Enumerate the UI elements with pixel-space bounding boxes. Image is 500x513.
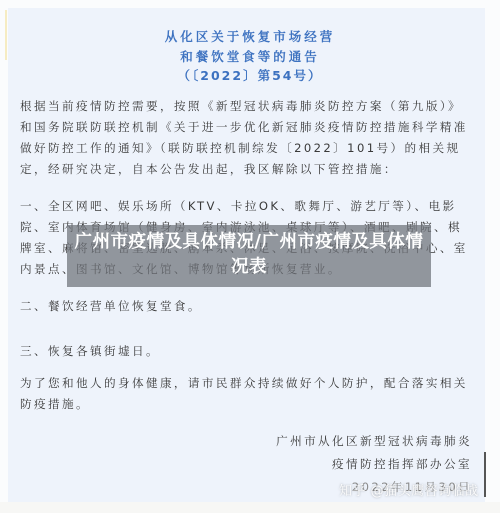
notice-item-2: 二、餐饮经营单位恢复堂食。 — [20, 296, 475, 317]
notice-item-3: 三、恢复各镇街墟日。 — [20, 341, 475, 362]
notice-intro-paragraph: 根据当前疫情防控需要，按照《新型冠状病毒肺炎防控方案（第九版）》和国务院联防联控… — [20, 96, 475, 180]
notice-title-line1: 从化区关于恢复市场经营 — [0, 27, 500, 45]
notice-title-line2: 和餐饮堂食等的通告 — [0, 47, 500, 65]
signature-org-line1: 广州市从化区新型冠状病毒肺炎 — [276, 433, 472, 449]
signature-org-line2: 疫情防控指挥部办公室 — [332, 456, 472, 472]
scroll-indicator — [484, 452, 486, 497]
bottom-strip — [0, 502, 500, 513]
headline-overlay-text: 广州市疫情及具体情况/广州市疫情及具体情况表 — [67, 230, 431, 280]
notice-closing-paragraph: 为了您和他人的身体健康，请市民群众持续做好个人防护，配合落实相关防疫措施。 — [20, 373, 475, 415]
notice-number: （〔2022〕第54号） — [0, 66, 500, 84]
zhihu-watermark: 知乎 @猫头鹰咨询临战 — [339, 480, 479, 499]
